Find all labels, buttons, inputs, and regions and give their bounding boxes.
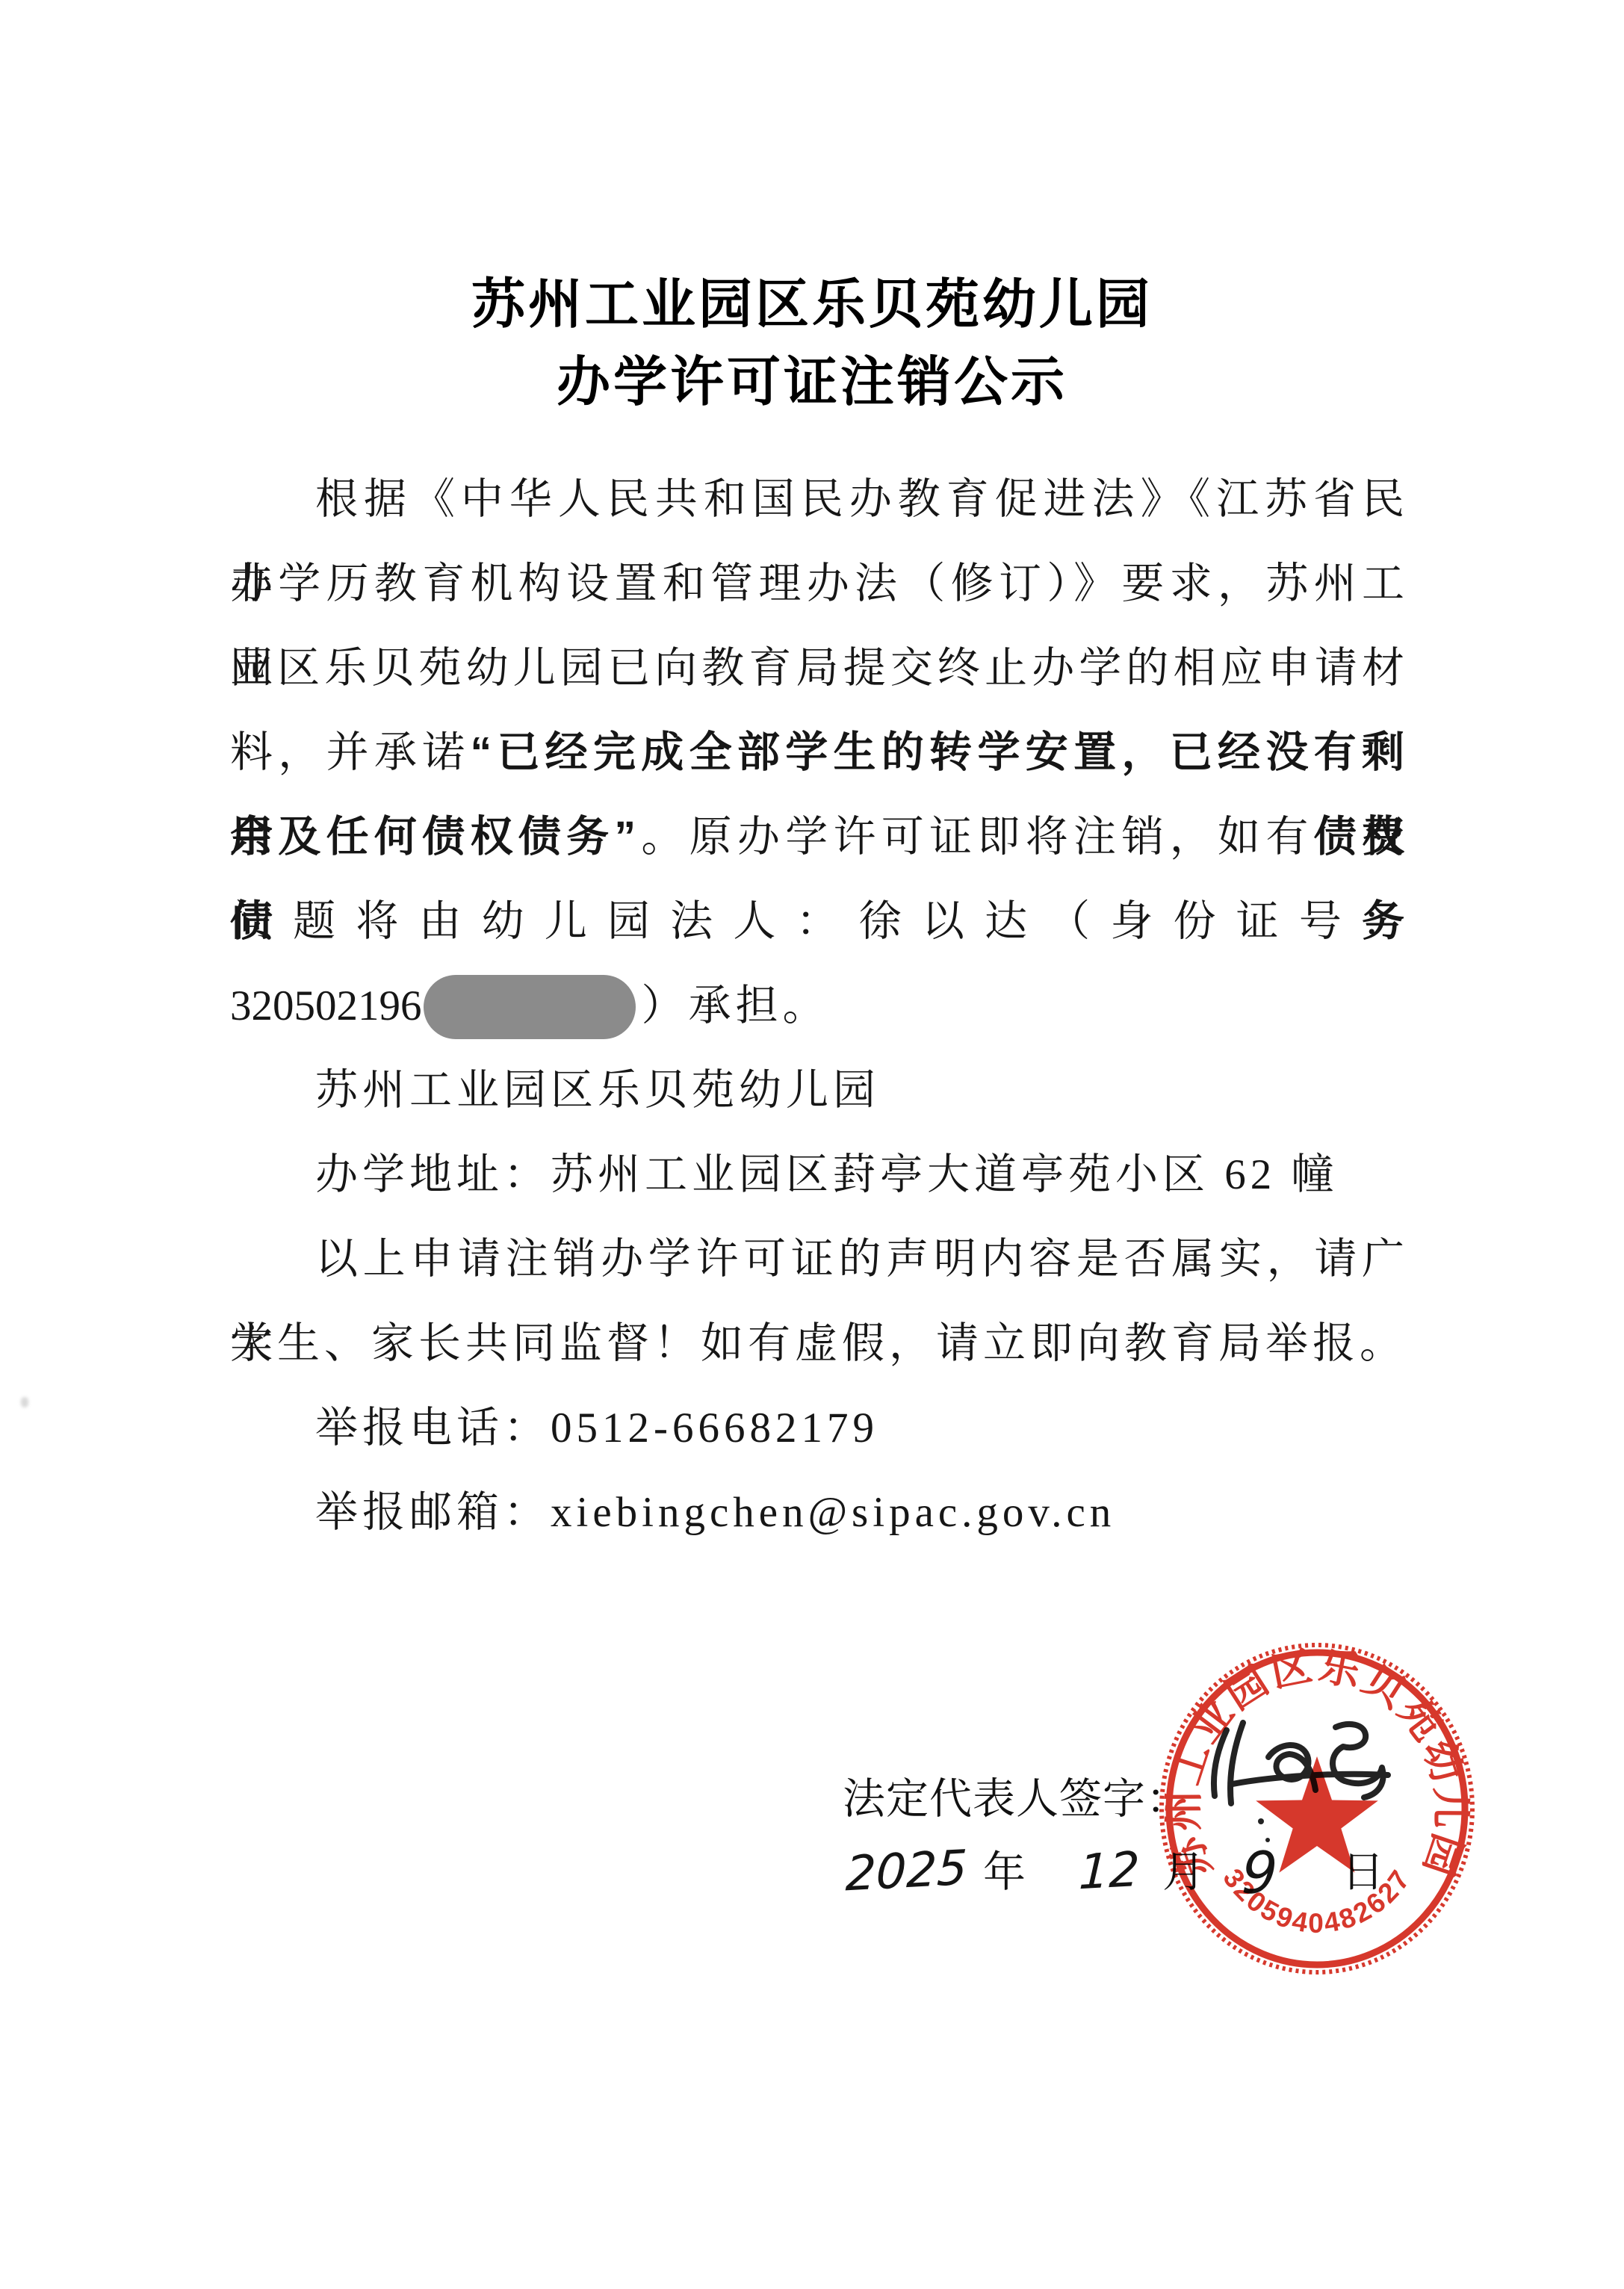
body-text-segment: 料，并承诺 — [230, 729, 471, 776]
body-text-segment: 举报邮箱：xiebingchen@sipac.gov.cn — [315, 1489, 1115, 1536]
doc-title-line-1: 苏州工业园区乐贝苑幼儿园 — [0, 270, 1624, 341]
handwritten-month: 12 — [1078, 1842, 1141, 1901]
body-line: 办学地址：苏州工业园区葑亭大道亭苑小区 62 幢 — [230, 1133, 1409, 1217]
official-seal-stamp: 苏州工业园区乐贝苑幼儿园 3205940482627 — [1156, 1640, 1478, 1977]
body-line: 举报邮箱：xiebingchen@sipac.gov.cn — [230, 1470, 1409, 1555]
body-text-segment: 320502196 — [230, 982, 422, 1029]
body-text-segment: 用及任何债权债务” — [230, 813, 640, 861]
body-text-segment: 举报电话：0512-66682179 — [315, 1404, 878, 1452]
body-line: 320502196）承担。 — [230, 964, 1409, 1048]
body-line: 问题将由幼儿园法人：徐以达（身份证号： — [230, 879, 1409, 964]
body-line: 非学历教育机构设置和管理办法（修订）》要求，苏州工业 — [230, 542, 1409, 626]
body-line: 料，并承诺“已经完成全部学生的转学安置，已经没有剩余费 — [230, 710, 1409, 795]
body-line: 学生、家长共同监督！如有虚假，请立即向教育局举报。 — [230, 1301, 1409, 1386]
body-line: 以上申请注销办学许可证的声明内容是否属实，请广大 — [230, 1217, 1409, 1301]
document-body: 根据《中华人民共和国民办教育促进法》《江苏省民办非学历教育机构设置和管理办法（修… — [230, 457, 1409, 1555]
year-label: 年 — [983, 1838, 1026, 1899]
scan-artifact — [21, 1397, 28, 1407]
seal-star-icon — [1256, 1756, 1378, 1873]
body-text-segment: 园区乐贝苑幼儿园已向教育局提交终止办学的相应申请材 — [230, 645, 1409, 692]
body-text-segment: 学生、家长共同监督！如有虚假，请立即向教育局举报。 — [230, 1320, 1407, 1367]
handwritten-year: 2025 — [845, 1841, 968, 1903]
body-line: 举报电话：0512-66682179 — [230, 1386, 1409, 1470]
notice-document-page: 苏州工业园区乐贝苑幼儿园 办学许可证注销公示 根据《中华人民共和国民办教育促进法… — [0, 0, 1624, 2289]
body-text-segment: 。原办学许可证即将注销，如有 — [640, 814, 1314, 861]
svg-text:3205940482627: 3205940482627 — [1217, 1863, 1416, 1939]
seal-number: 3205940482627 — [1217, 1863, 1416, 1939]
body-text-segment: 苏州工业园区乐贝苑幼儿园 — [315, 1067, 880, 1114]
body-line: 根据《中华人民共和国民办教育促进法》《江苏省民办 — [230, 457, 1409, 542]
body-text-segment: 办学地址：苏州工业园区葑亭大道亭苑小区 62 幢 — [315, 1151, 1339, 1198]
body-text-segment: ）承担。 — [642, 982, 830, 1029]
doc-title-line-2: 办学许可证注销公示 — [0, 348, 1624, 418]
body-line: 园区乐贝苑幼儿园已向教育局提交终止办学的相应申请材 — [230, 626, 1409, 710]
body-line: 苏州工业园区乐贝苑幼儿园 — [230, 1048, 1409, 1133]
body-text-segment: 问题将由幼儿园法人：徐以达（身份证号： — [230, 898, 1409, 945]
redaction-box — [424, 975, 636, 1039]
legal-representative-signature-label: 法定代表人签字： — [843, 1765, 1189, 1826]
body-line: 用及任何债权债务”。原办学许可证即将注销，如有债权债务 — [230, 795, 1409, 879]
